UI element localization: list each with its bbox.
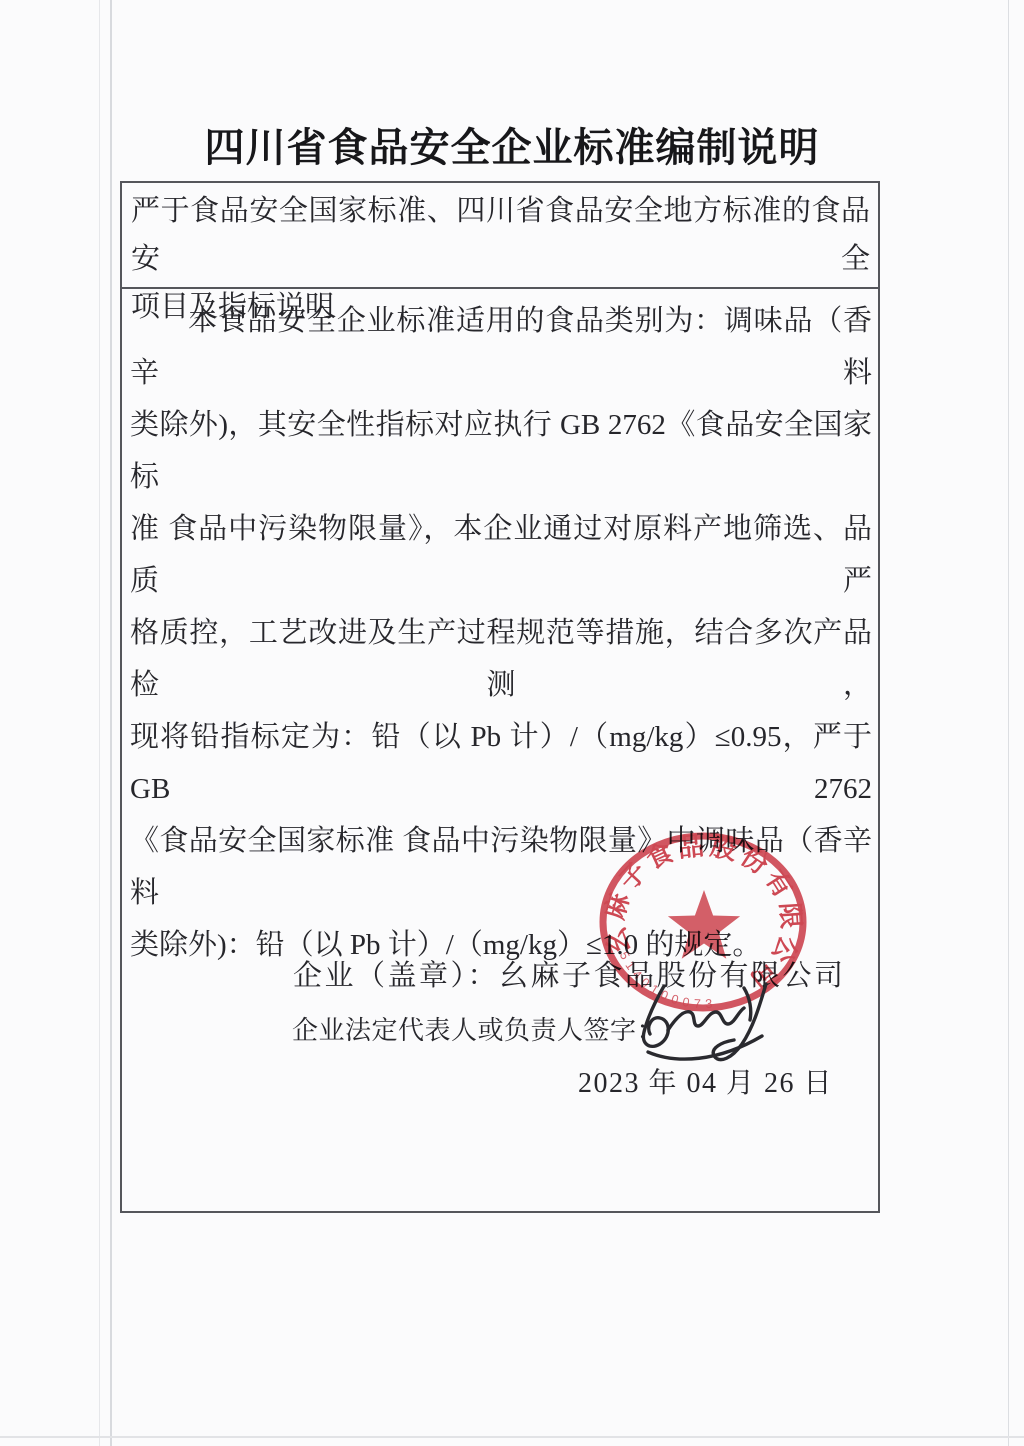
standard-note-table: 严于食品安全国家标准、四川省食品安全地方标准的食品安全 项目及指标说明 本食品安…: [120, 181, 880, 1213]
body-text-line: 类除外)，其安全性指标对应执行 GB 2762《食品安全国家标: [130, 399, 872, 503]
scanned-document-page: 四川省食品安全企业标准编制说明 严于食品安全国家标准、四川省食品安全地方标准的食…: [0, 0, 1024, 1446]
scan-artifact-line: [99, 0, 100, 1446]
body-text-line: 格质控，工艺改进及生产过程规范等措施，结合多次产品检测，: [130, 607, 872, 711]
date-line: 2023 年 04 月 26 日: [578, 1066, 833, 1102]
scan-artifact-line: [1008, 0, 1009, 1446]
table-body-cell: 本食品安全企业标准适用的食品类别为：调味品（香辛料 类除外)，其安全性指标对应执…: [122, 289, 878, 971]
scan-artifact-line: [110, 0, 112, 1446]
signer-label: 企业法定代表人或负责人签字：: [292, 1014, 663, 1048]
body-text-line: 现将铅指标定为：铅（以 Pb 计）/（mg/kg）≤0.95，严于 GB 276…: [130, 711, 872, 815]
body-text-line: 《食品安全国家标准 食品中污染物限量》中调味品（香辛料: [130, 815, 872, 919]
scan-artifact-line: [0, 1436, 1024, 1438]
table-header-cell: 严于食品安全国家标准、四川省食品安全地方标准的食品安全 项目及指标说明: [122, 183, 878, 289]
page-title: 四川省食品安全企业标准编制说明: [0, 124, 1024, 172]
body-text-line: 本食品安全企业标准适用的食品类别为：调味品（香辛料: [130, 295, 872, 399]
body-text-line: 准 食品中污染物限量》，本企业通过对原料产地筛选、品质严: [130, 503, 872, 607]
company-seal-label: 企业（盖章）：幺麻子食品股份有限公司: [293, 958, 846, 994]
table-header-line: 严于食品安全国家标准、四川省食品安全地方标准的食品安全: [131, 187, 870, 283]
